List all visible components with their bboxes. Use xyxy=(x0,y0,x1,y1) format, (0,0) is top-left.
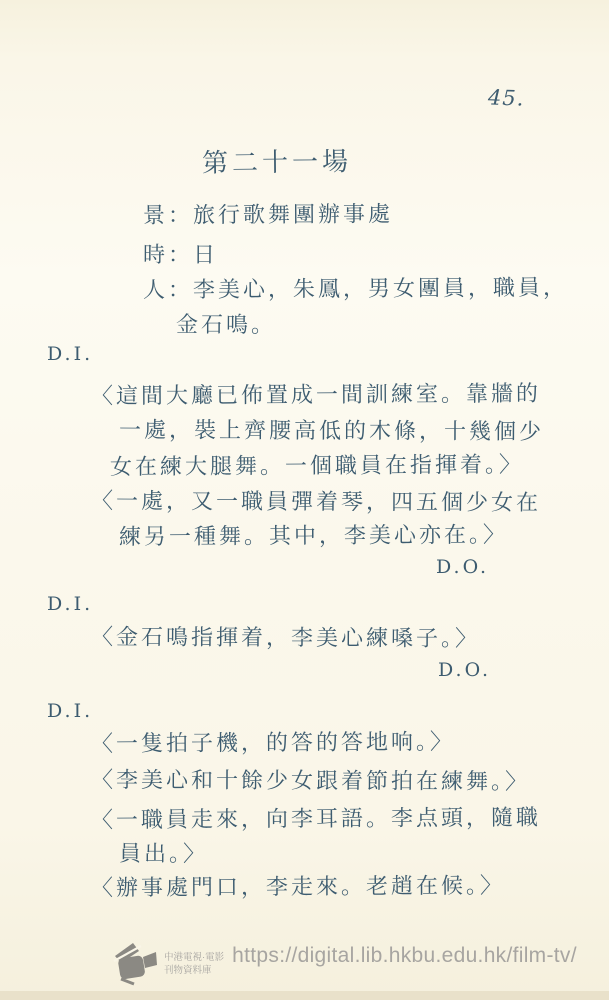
stage-direction-line: 〈一處，又一職員彈着琴，四五個少女在 xyxy=(91,484,541,517)
watermark-org-line-2: 刊物資料庫 xyxy=(164,965,224,978)
stage-direction-line: 〈一職員走來，向李耳語。李点頭，隨職 xyxy=(91,801,541,835)
stage-direction-line: 女在練大腿舞。一個職員在指揮着。〉 xyxy=(110,448,524,482)
scene-cast-line-1: 人：李美心，朱鳳，男女團員，職員， xyxy=(143,271,568,305)
scene-title: 第二十一場 xyxy=(202,141,352,180)
stage-direction-line: 〈一隻拍子機，的答的答地响。〉 xyxy=(91,725,455,758)
stage-direction-line: 〈李美心和十餘少女跟着節拍在練舞。〉 xyxy=(91,763,530,796)
stage-direction-line: 員出。〉 xyxy=(119,837,208,868)
scene-cast-line-2: 金石鳴。 xyxy=(176,308,276,339)
dissolve-in-marker-1: D.I. xyxy=(47,343,93,365)
stage-direction-line: 〈金石鳴指揮着，李美心練嗓子。〉 xyxy=(91,620,480,653)
scene-time-line: 時：日 xyxy=(143,238,218,269)
dissolve-in-marker-2: D.I. xyxy=(47,593,93,615)
watermark-org-name: 中港電視·電影 刊物資料庫 xyxy=(164,952,224,978)
dissolve-in-marker-3: D.I. xyxy=(47,700,93,722)
scene-setting-line: 景：旅行歌舞團辦事處 xyxy=(143,197,393,230)
script-page: 45. 第二十一場 景：旅行歌舞團辦事處 時：日 人：李美心，朱鳳，男女團員，職… xyxy=(0,0,609,1000)
stage-direction-line: 練另一種舞。其中，李美心亦在。〉 xyxy=(119,518,508,551)
watermark-url: https://digital.lib.hkbu.edu.hk/film-tv/ xyxy=(232,944,577,968)
stage-direction-line: 〈辦事處門口，李走來。老趙在候。〉 xyxy=(91,869,505,903)
watermark: 中港電視·電影 刊物資料庫 https://digital.lib.hkbu.e… xyxy=(112,940,577,988)
watermark-org-line-1: 中港電視·電影 xyxy=(164,952,224,965)
dissolve-out-marker-2: D.O. xyxy=(438,659,491,681)
page-number: 45. xyxy=(488,85,525,110)
dissolve-out-marker-1: D.O. xyxy=(436,556,489,578)
stage-direction-line: 一處，裝上齊腰高低的木條，十幾個少 xyxy=(119,413,544,446)
stage-direction-line: 〈這間大廳已佈置成一間訓練室。靠牆的 xyxy=(91,377,541,411)
film-archive-logo-icon xyxy=(112,940,160,988)
